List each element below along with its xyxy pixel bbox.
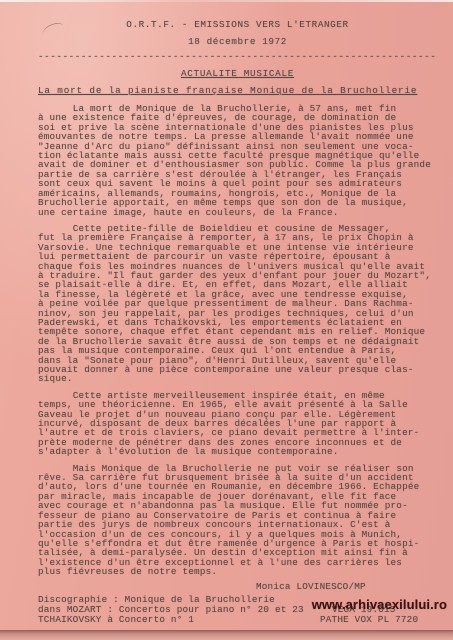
scanned-page: O.R.T.F. - EMISSIONS VERS L'ETRANGER 18 … [0, 0, 453, 630]
archive-watermark: www.arhivaexilului.ro [312, 597, 447, 612]
section-heading: ACTUALITE MUSICALE [38, 69, 437, 78]
paragraph-2: Cette petite-fille de Boieldieu et cousi… [38, 224, 437, 384]
discography-row: TCHAIKOVSKY à Concerto n° 1 PATHE VOX PL… [38, 615, 437, 624]
signature: Monica LOVINESCO/MP [256, 582, 437, 591]
underlying-sheet-edge [0, 630, 453, 640]
document-content: O.R.T.F. - EMISSIONS VERS L'ETRANGER 18 … [38, 20, 437, 624]
org-header: O.R.T.F. - EMISSIONS VERS L'ETRANGER [38, 20, 437, 29]
article-title: La mort de la pianiste française Monique… [38, 86, 437, 95]
doc-date: 18 décembre 1972 [38, 37, 437, 46]
separator-line: ----------------------------------------… [38, 52, 437, 61]
paragraph-1: La mort de Monique de la Bruchollerie, à… [38, 104, 437, 217]
paragraph-3: Cette artiste merveilleusement inspirée … [38, 391, 437, 457]
work-title: dans MOZART : Concertos pour piano n° 20… [38, 605, 320, 614]
paragraph-4: Mais Monique de la Bruchollerie ne put v… [38, 464, 437, 577]
work-title: TCHAIKOVSKY à Concerto n° 1 [38, 615, 320, 624]
record-label: PATHE VOX PL 7720 [320, 615, 418, 624]
scan-edge [0, 0, 453, 2]
